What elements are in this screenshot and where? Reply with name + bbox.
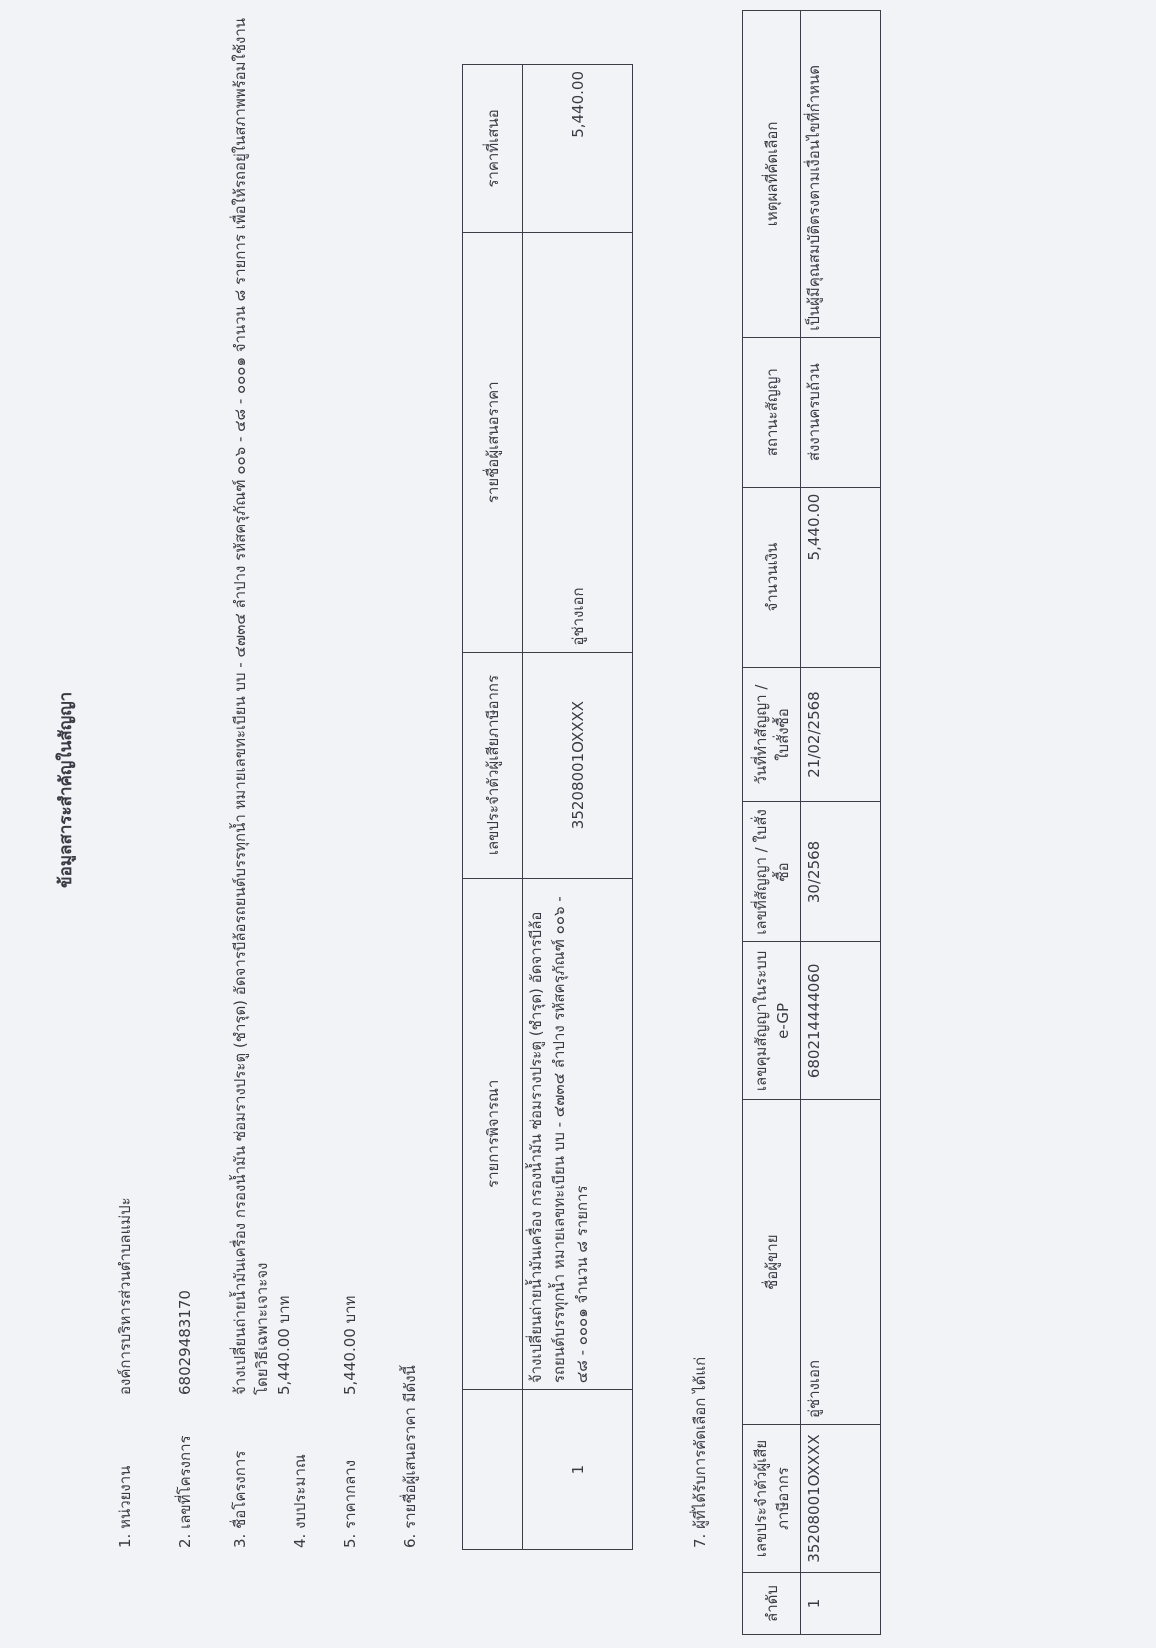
table-row: 1 จ้างเปลี่ยนถ่ายน้ำมันเครื่อง กรองน้ำมั… (523, 65, 633, 1550)
winner-contract-date: 21/02/2568 (801, 667, 881, 802)
winner-col-contract-date: วันที่ทำสัญญา / ใบสั่งซื้อ (743, 667, 801, 802)
winner-col-egp: เลขคุมสัญญาในระบบ e-GP (743, 942, 801, 1100)
bidders-col-bidder: รายชื่อผู้เสนอราคา (463, 232, 523, 652)
winner-status: ส่งงานครบถ้วน (801, 337, 881, 487)
table-row: 1 35208001OXXXX อู่ช่างเอก 680214444060 … (801, 11, 881, 1635)
winner-col-tax-id: เลขประจำตัวผู้เสียภาษีอากร (743, 1425, 801, 1573)
bidders-col-price: ราคาที่เสนอ (463, 65, 523, 233)
bidders-header-row: รายการพิจารณา เลขประจำตัวผู้เสียภาษีอากร… (463, 65, 523, 1550)
field-label-agency: 1. หน่วยงาน (115, 1466, 135, 1548)
bidders-table: รายการพิจารณา เลขประจำตัวผู้เสียภาษีอากร… (462, 64, 633, 1550)
field-value-project-no: 68029483170 (175, 1290, 195, 1395)
winner-col-contract-no: เลขที่สัญญา / ใบสั่งซื้อ (743, 802, 801, 942)
field-value-project-name: จ้างเปลี่ยนถ่ายน้ำมันเครื่อง กรองน้ำมัน … (229, 15, 273, 1395)
winner-egp-no: 680214444060 (801, 942, 881, 1100)
bidders-heading: 6. รายชื่อผู้เสนอราคา มีดังนี้ (400, 1365, 420, 1548)
winner-col-amount: จำนวนเงิน (743, 487, 801, 667)
winner-vendor: อู่ช่างเอก (801, 1100, 881, 1425)
field-label-budget: 4. งบประมาณ (290, 1454, 310, 1548)
winner-col-reason: เหตุผลที่คัดเลือก (743, 11, 801, 338)
bidders-col-tax-id: เลขประจำตัวผู้เสียภาษีอากร (463, 652, 523, 878)
winner-no: 1 (801, 1573, 881, 1635)
winner-table: ลำดับ เลขประจำตัวผู้เสียภาษีอากร ชื่อผู้… (742, 10, 881, 1635)
bidder-item: จ้างเปลี่ยนถ่ายน้ำมันเครื่อง กรองน้ำมัน … (523, 878, 633, 1390)
winner-reason: เป็นผู้มีคุณสมบัติตรงตามเงื่อนไขที่กำหนด (801, 11, 881, 338)
field-label-median-price: 5. ราคากลาง (340, 1460, 360, 1548)
winner-amount: 5,440.00 (801, 487, 881, 667)
bidder-name: อู่ช่างเอก (523, 232, 633, 652)
bidder-no: 1 (523, 1390, 633, 1550)
winner-col-no: ลำดับ (743, 1573, 801, 1635)
bidder-price: 5,440.00 (523, 65, 633, 233)
winner-tax-id: 35208001OXXXX (801, 1425, 881, 1573)
winner-col-vendor: ชื่อผู้ขาย (743, 1100, 801, 1425)
bidders-col-item: รายการพิจารณา (463, 878, 523, 1390)
field-value-agency: องค์การบริหารส่วนตำบลแม่ปะ (115, 1197, 135, 1395)
field-value-budget: 5,440.00 บาท (274, 1296, 294, 1395)
winner-header-row: ลำดับ เลขประจำตัวผู้เสียภาษีอากร ชื่อผู้… (743, 11, 801, 1635)
winner-contract-no: 30/2568 (801, 802, 881, 942)
bidder-tax-id: 35208001OXXXX (523, 652, 633, 878)
field-label-project-name: 3. ชื่อโครงการ (230, 1451, 250, 1548)
field-value-median-price: 5,440.00 บาท (340, 1296, 360, 1395)
bidders-col-no (463, 1390, 523, 1550)
winner-col-status: สถานะสัญญา (743, 337, 801, 487)
winner-heading: 7. ผู้ที่ได้รับการคัดเลือก ได้แก่ (690, 1357, 710, 1548)
document-page: ข้อมูลสาระสำคัญในสัญญา 1. หน่วยงาน องค์ก… (0, 0, 1156, 1648)
field-label-project-no: 2. เลขที่โครงการ (175, 1435, 195, 1548)
document-title: ข้อมูลสาระสำคัญในสัญญา (52, 692, 79, 888)
